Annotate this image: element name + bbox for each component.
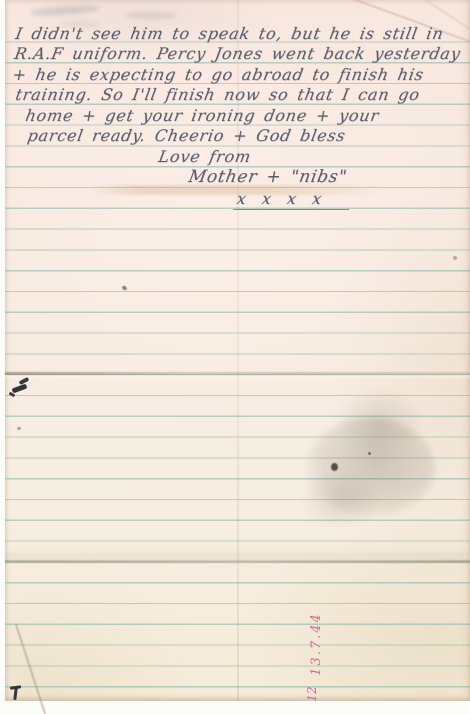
letter-line: home + get your ironing done + your	[24, 106, 381, 125]
ink-smudge	[125, 12, 177, 19]
archival-number-annotation: 12	[305, 681, 319, 707]
letter-line: training. So I'll finish now so that I c…	[14, 85, 422, 104]
letter-line: R.A.F uniform. Percy Jones went back yes…	[13, 44, 462, 63]
letter-kisses: x x x x	[233, 189, 353, 210]
letter-line: parcel ready. Cheerio + God bless	[26, 126, 347, 145]
scanned-letter-page: I didn't see him to speak to, but he is …	[0, 0, 470, 714]
letter-line: I didn't see him to speak to, but he is …	[14, 24, 445, 43]
letter-line: + he is expecting to go abroad to finish…	[11, 65, 426, 84]
letter-signature: Mother + "nibs"	[187, 167, 349, 187]
letter-paper: I didn't see him to speak to, but he is …	[5, 0, 470, 701]
ink-smudge	[30, 4, 100, 18]
archival-date-annotation: 13.7.44	[309, 609, 327, 679]
letter-closing-love-from: Love from	[157, 147, 253, 166]
